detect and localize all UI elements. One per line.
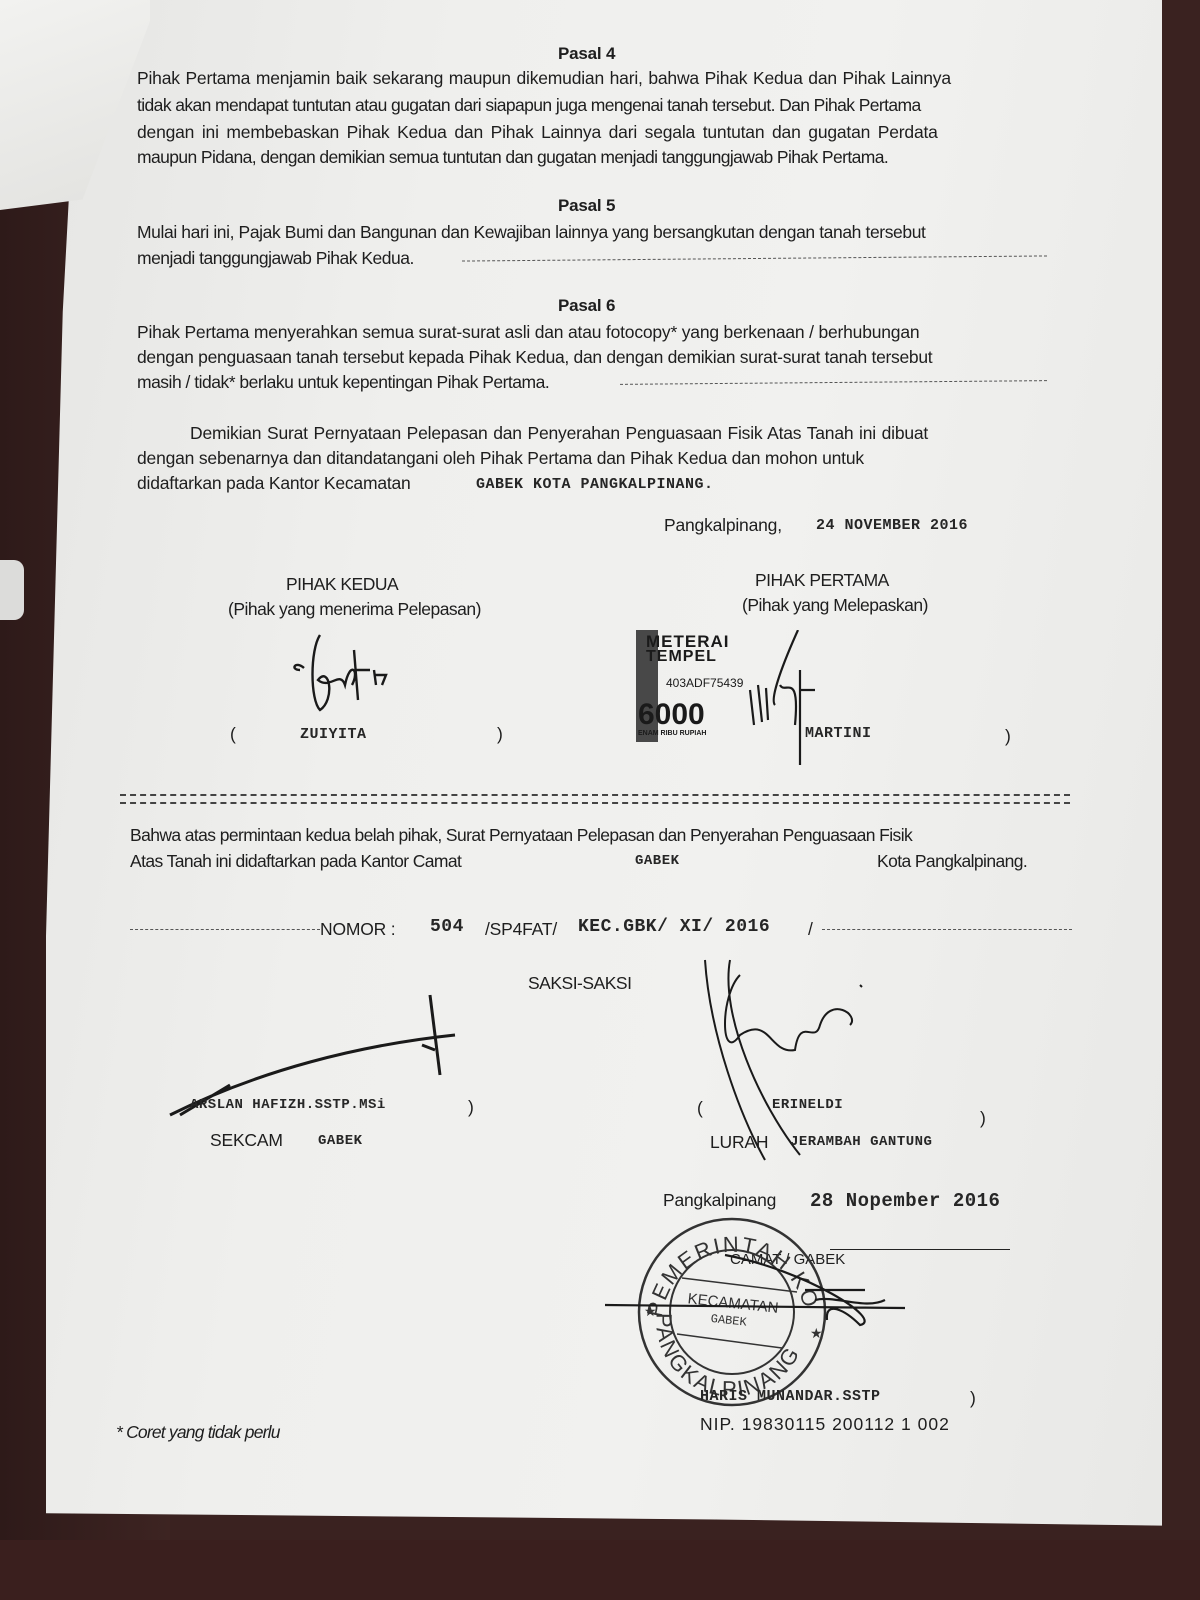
paren-close: ) [497, 724, 503, 745]
paren-close: ) [1005, 726, 1011, 747]
sekcam-name: ARSLAN HAFIZH.SSTP.MSi [190, 1097, 386, 1113]
separator-line [120, 794, 1070, 804]
signature-camat [605, 1240, 925, 1330]
pihak-kedua-subtitle: (Pihak yang menerima Pelepasan) [228, 599, 481, 620]
paren-open: ( [697, 1098, 703, 1119]
pihak-kedua-title: PIHAK KEDUA [286, 574, 398, 595]
camat-gabek: GABEK [635, 853, 680, 869]
signing-date: 24 NOVEMBER 2016 [816, 517, 968, 534]
lurah-place: JERAMBAH GANTUNG [790, 1134, 932, 1150]
paren-open: ( [230, 724, 236, 745]
pasal-4-line: maupun Pidana, dengan demikian semua tun… [137, 147, 888, 168]
paren-close: ) [980, 1108, 986, 1129]
closing-line: didaftarkan pada Kantor Kecamatan [137, 473, 411, 494]
place-label: Pangkalpinang, [664, 515, 782, 536]
signature-pihak-pertama [740, 630, 850, 770]
pasal-4-line: Pihak Pertama menjamin baik sekarang mau… [137, 68, 951, 89]
pasal-5-line: Mulai hari ini, Pajak Bumi dan Bangunan … [137, 222, 926, 243]
registration-line: Atas Tanah ini didaftarkan pada Kantor C… [130, 851, 461, 872]
nomor-label: NOMOR : [320, 919, 395, 940]
registration-line: Bahwa atas permintaan kedua belah pihak,… [130, 825, 912, 846]
kota-label: Kota Pangkalpinang. [877, 851, 1027, 872]
sekcam-role: SEKCAM [210, 1130, 283, 1151]
pasal-4-line: dengan ini membebaskan Pihak Kedua dan P… [137, 122, 938, 143]
saksi-heading: SAKSI-SAKSI [528, 973, 631, 994]
camat-name: HARIS MUNANDAR.SSTP [700, 1388, 881, 1405]
meterai-value: 6000 [638, 698, 705, 732]
fill-line [130, 929, 320, 930]
camat-date: 28 Nopember 2016 [810, 1190, 1000, 1212]
paren-close: ) [970, 1388, 976, 1409]
pasal-4-line: tidak akan mendapat tuntutan atau gugata… [137, 95, 921, 116]
pihak-pertama-subtitle: (Pihak yang Melepaskan) [742, 595, 928, 616]
pasal-6-line: Pihak Pertama menyerahkan semua surat-su… [137, 322, 919, 343]
closing-line: Demikian Surat Pernyataan Pelepasan dan … [190, 423, 928, 444]
nomor-code: /SP4FAT/ [485, 919, 557, 940]
meterai-code: 403ADF75439 [666, 676, 743, 690]
nomor-end: / [808, 919, 813, 940]
pasal-6-line: dengan penguasaan tanah tersebut kepada … [137, 347, 932, 368]
nomor-typed: KEC.GBK/ XI/ 2016 [578, 917, 770, 937]
pasal-5-line: menjadi tanggungjawab Pihak Kedua. [137, 248, 414, 269]
closing-line: dengan sebenarnya dan ditandatangani ole… [137, 448, 864, 469]
lurah-name: ERINELDI [772, 1097, 843, 1113]
camat-nip: NIP. 19830115 200112 1 002 [700, 1414, 950, 1435]
meterai-subtitle: TEMPEL [646, 648, 717, 666]
footnote: * Coret yang tidak perlu [116, 1422, 280, 1443]
sekcam-place: GABEK [318, 1133, 363, 1149]
meterai-caption: ENAM RIBU RUPIAH [638, 730, 706, 737]
paren-close: ) [468, 1097, 474, 1118]
signature-pihak-kedua [290, 630, 410, 720]
pasal-6-line: masih / tidak* berlaku untuk kepentingan… [137, 372, 549, 393]
nomor-number: 504 [430, 917, 464, 937]
fill-line [822, 929, 1072, 930]
paper-corner-2 [0, 560, 24, 620]
background-bottom [0, 1540, 1200, 1600]
kecamatan-name: GABEK KOTA PANGKALPINANG. [476, 476, 714, 493]
pihak-kedua-name: ZUIYITA [300, 726, 367, 743]
pasal-4-heading: Pasal 4 [558, 44, 615, 64]
pihak-pertama-title: PIHAK PERTAMA [755, 570, 889, 591]
pihak-pertama-name: MARTINI [805, 725, 872, 742]
pasal-6-heading: Pasal 6 [558, 296, 615, 316]
lurah-role: LURAH [710, 1132, 768, 1153]
pasal-5-heading: Pasal 5 [558, 196, 615, 216]
